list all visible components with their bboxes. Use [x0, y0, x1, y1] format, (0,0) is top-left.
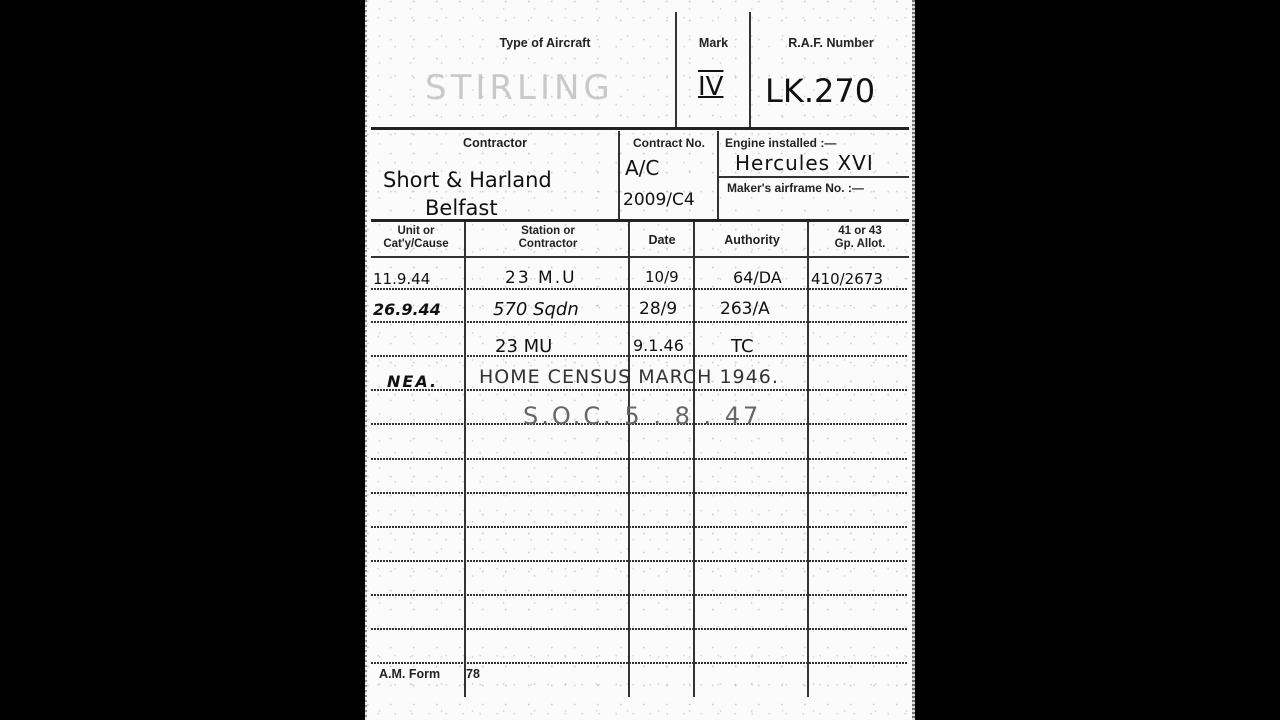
row1-authority: 64/DA [733, 268, 782, 287]
card-right-edge [912, 0, 915, 720]
row-line-3 [371, 355, 907, 357]
makers-airframe-label: Maker's airframe No. :— [727, 182, 907, 195]
header-bottom-rule [371, 127, 909, 130]
row-line-1 [371, 288, 907, 290]
form-label: A.M. Form [379, 668, 459, 681]
row2-unit: 26.9.44 [373, 300, 441, 319]
form-number: 78 [466, 668, 496, 681]
row1-allot: 410/2673 [811, 270, 883, 288]
row-line-7 [371, 492, 907, 494]
card-left-edge [365, 0, 367, 720]
row3-station: 23 MU [495, 336, 552, 357]
row2-date: 28/9 [639, 299, 677, 319]
row2-authority: 263/A [720, 299, 770, 319]
row-line-12 [371, 662, 907, 664]
row1-station: 23 M.U [505, 268, 577, 288]
contract-no-label: Contract No. [621, 137, 717, 150]
table-header-rule [371, 256, 909, 258]
engine-installed-value: Hercules XVI [735, 151, 874, 175]
row4-census-note: HOME CENSUS MARCH 1946. [479, 366, 779, 388]
contractor-label: Contractor [405, 137, 585, 150]
row1-unit: 11.9.44 [373, 270, 430, 288]
col-header-station: Station or Contractor [467, 225, 629, 251]
raf-number-value: LK.270 [765, 72, 875, 110]
row-line-8 [371, 526, 907, 528]
engine-divider [719, 176, 909, 178]
type-of-aircraft-label: Type of Aircraft [425, 37, 665, 50]
col-header-station-line1: Station or [467, 225, 629, 238]
type-of-aircraft-value: STIRLING [425, 68, 614, 108]
raf-number-label: R.A.F. Number [751, 37, 911, 50]
mark-label: Mark [677, 37, 750, 50]
contractor-city: Belfast [425, 196, 498, 220]
row-line-11 [371, 628, 907, 630]
row-line-4 [371, 389, 907, 391]
row3-date: 9.1.46 [633, 336, 684, 355]
row-line-10 [371, 594, 907, 596]
col-header-station-line2: Contractor [467, 238, 629, 251]
row3-authority: TC [731, 336, 754, 357]
contract-no-line1: A/C [625, 156, 659, 180]
contract-divider-1 [618, 131, 620, 221]
col-header-unit: Unit or Cat'y/Cause [369, 225, 463, 251]
header-divider-2 [749, 12, 751, 128]
row4-unit: NEA. [387, 372, 438, 391]
row5-struck-off-stamp: S.O.C. 5 . 8 . 47 [523, 402, 761, 430]
row2-station: 570 Sqdn [493, 299, 579, 320]
col-header-unit-line1: Unit or [369, 225, 463, 238]
col-header-authority: Authority [695, 234, 809, 247]
contractor-name: Short & Harland [383, 168, 552, 192]
row-line-6 [371, 458, 907, 460]
engine-installed-label: Engine installed :— [725, 137, 865, 150]
col-header-allot-line2: Gp. Allot. [811, 238, 909, 251]
col-header-date: Date [631, 234, 693, 247]
col-header-allot: 41 or 43 Gp. Allot. [811, 225, 909, 251]
contract-bottom-rule [371, 219, 909, 222]
col-header-allot-line1: 41 or 43 [811, 225, 909, 238]
header-divider-1 [675, 12, 677, 128]
col-header-unit-line2: Cat'y/Cause [369, 238, 463, 251]
contract-no-line2: 2009/C4 [623, 190, 695, 210]
mark-value: IV [698, 72, 723, 102]
row-line-9 [371, 560, 907, 562]
row-line-2 [371, 321, 907, 323]
aircraft-movement-card: Type of Aircraft STIRLING Mark IV R.A.F.… [365, 0, 915, 720]
row1-date: 10/9 [645, 268, 679, 286]
